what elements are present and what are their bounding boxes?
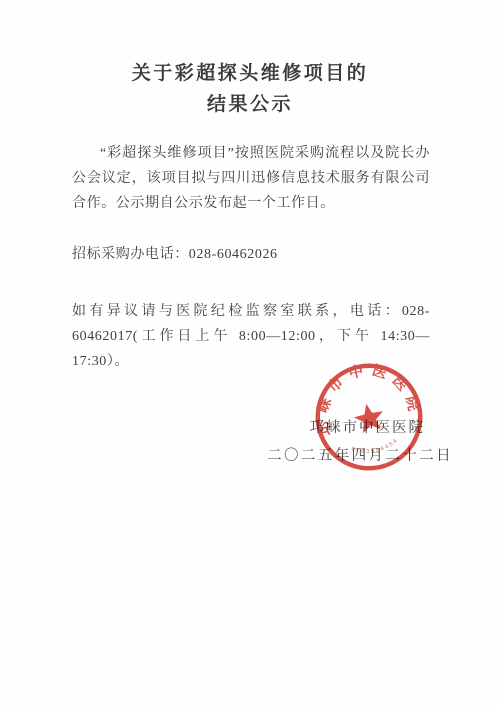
paragraph-project-result: “彩超探头维修项目”按照医院采购流程以及院长办公会议定，该项目拟与四川迅修信息技…: [72, 141, 430, 216]
seal-code-text: 0783504454: [350, 436, 402, 459]
page-title: 关于彩超探头维修项目的 结果公示: [0, 58, 500, 120]
star-icon: [352, 401, 387, 434]
official-seal-stamp: 邛崃市中医医院 0783504454: [311, 359, 427, 475]
title-line-2: 结果公示: [0, 89, 500, 120]
title-line-1: 关于彩超探头维修项目的: [0, 58, 500, 89]
announcement-page: 关于彩超探头维修项目的 结果公示 “彩超探头维修项目”按照医院采购流程以及院长办…: [0, 0, 500, 707]
paragraph-procurement-phone: 招标采购办电话：028-60462026: [72, 242, 430, 267]
